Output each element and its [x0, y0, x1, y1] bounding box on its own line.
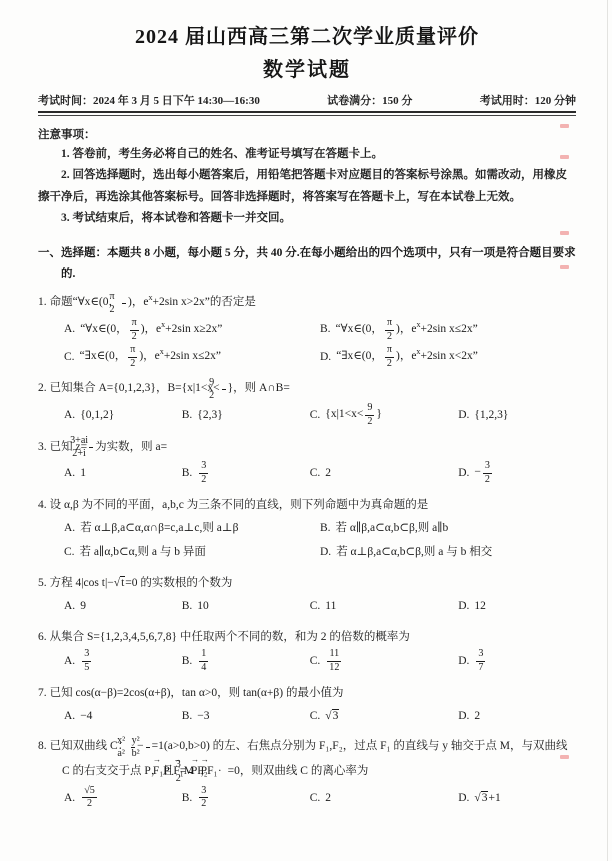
question-number: 4.	[38, 499, 47, 511]
text-run: −3	[197, 710, 209, 722]
option-content: “∃x∈(0，π2)，ex+2sin x<2x”	[336, 344, 478, 369]
option-label: C.	[64, 541, 75, 563]
header-divider	[38, 111, 576, 116]
text-run: +2sin x≥2x”	[165, 323, 222, 335]
question-stem: 4.设 α,β 为不同的平面，a,b,c 为三条不同的直线，则下列命题中为真命题…	[38, 494, 576, 516]
option-label: C.	[310, 595, 321, 617]
option-label: B.	[182, 462, 193, 484]
text-run: “∀x∈(0，	[336, 323, 383, 335]
option-content: 2	[474, 705, 480, 727]
fraction-denominator: 2	[82, 798, 97, 810]
text-run: 2	[325, 792, 331, 804]
option-label: C.	[310, 787, 321, 809]
option-C: C.11	[310, 594, 458, 618]
fraction-numerator: 3	[483, 461, 492, 474]
question-stem: 5.方程 4|cos t|−√t=0 的实数根的个数为	[38, 572, 576, 594]
option-D: D.37	[458, 648, 576, 675]
exam-title-line2: 数学试题	[38, 53, 576, 82]
option-label: C.	[310, 462, 321, 484]
option-label: D.	[458, 650, 469, 672]
fraction-numerator: 3	[476, 649, 485, 662]
fraction: 3+ai2+i	[89, 436, 93, 460]
option-label: B.	[182, 705, 193, 727]
option-content: 9	[80, 595, 86, 617]
option-content: 32	[197, 785, 210, 810]
question-stem: 6.从集合 S={1,2,3,4,5,6,7,8} 中任取两个不同的数，和为 2…	[38, 626, 576, 648]
question-options: A.{0,1,2}B.{2,3}C.{x|1<x<92}D.{1,2,3}	[64, 402, 576, 429]
option-A: A.−4	[64, 704, 182, 728]
option-label: B.	[182, 787, 193, 809]
text-run: {x|1<x<	[325, 408, 363, 420]
text-run: 1	[80, 467, 86, 479]
fraction: 1112	[327, 649, 341, 673]
question-5: 5.方程 4|cos t|−√t=0 的实数根的个数为A.9B.10C.11D.…	[38, 572, 576, 619]
exam-time: 考试时间：2024 年 3 月 5 日下午 14:30—16:30	[38, 92, 260, 108]
option-label: D.	[320, 346, 331, 368]
text-run: +2sin x<2x”	[420, 350, 477, 362]
option-content: 10	[197, 595, 209, 617]
red-scan-mark	[560, 124, 569, 128]
option-C: C.1112	[310, 648, 458, 675]
notice-item-2: 2. 回答选择题时，选出每小题答案后，用铅笔把答题卡对应题目的答案标号涂黑。如需…	[38, 165, 576, 208]
fraction-denominator: 7	[476, 662, 485, 674]
option-label: B.	[182, 650, 193, 672]
option-content: 32	[197, 461, 210, 486]
option-content: “∀x∈(0，π2)，ex+2sin x≥2x”	[80, 317, 222, 342]
option-content: {2,3}	[197, 404, 222, 426]
notice-item-3: 3. 考试结束后，将本试卷和答题卡一并交回。	[38, 208, 576, 229]
option-D: D.若 α⊥β,a⊂α,b⊂β,则 a 与 b 相交	[320, 540, 576, 564]
option-content: −3	[197, 705, 209, 727]
text-run: {1,2,3}	[474, 409, 508, 421]
fraction-denominator: 2	[385, 358, 394, 370]
red-scan-mark	[560, 155, 569, 159]
fraction-numerator: π	[130, 318, 139, 331]
exam-title-line1: 2024 届山西高三第二次学业质量评价	[38, 20, 576, 49]
option-C: C.{x|1<x<92}	[310, 402, 458, 429]
fraction-numerator: π	[122, 292, 126, 305]
question-number: 2.	[38, 382, 47, 394]
option-content: 37	[474, 649, 487, 674]
fraction: 32	[199, 461, 208, 485]
option-D: D.“∃x∈(0，π2)，ex+2sin x<2x”	[320, 343, 576, 370]
fraction: 14	[199, 649, 208, 673]
text-run: =0，则双曲线 C 的离心率为	[228, 765, 369, 777]
option-label: A.	[64, 787, 75, 809]
question-options: A.9B.10C.11D.12	[64, 594, 576, 618]
option-label: A.	[64, 318, 75, 340]
option-content: √3+1	[474, 787, 500, 809]
fraction: 32	[199, 786, 208, 810]
option-label: D.	[458, 705, 469, 727]
option-D: D.{1,2,3}	[458, 402, 576, 429]
option-D: D.12	[458, 594, 576, 618]
fraction-denominator: 2	[122, 304, 126, 316]
option-label: A.	[64, 462, 75, 484]
option-content: 35	[80, 649, 93, 674]
option-C: C.若 a∥α,b⊂α,则 a 与 b 异面	[64, 540, 320, 564]
section-1-heading: 一、选择题：本题共 8 小题，每小题 5 分，共 40 分.在每小题给出的四个选…	[38, 243, 576, 284]
radical: √t	[114, 576, 126, 589]
text-run: {2,3}	[197, 409, 222, 421]
text-run: )，e	[396, 323, 416, 335]
fraction-numerator: 1	[199, 649, 208, 662]
option-label: D.	[458, 462, 469, 484]
text-run: 若 a∥α,b⊂α,则 a 与 b 异面	[80, 546, 206, 558]
question-options: A.若 α⊥β,a⊂α,α∩β=c,a⊥c,则 a⊥βB.若 α∥β,a⊂α,b…	[64, 516, 576, 565]
fraction-numerator: 9	[222, 378, 226, 391]
option-A: A.35	[64, 648, 182, 675]
option-B: B.32	[182, 784, 310, 811]
option-C: C.“∃x∈(0，π2)，ex+2sin x≤2x”	[64, 343, 320, 370]
question-stem: 7.已知 cos(α−β)=2cos(α+β)，tan α>0，则 tan(α+…	[38, 682, 576, 704]
fraction-denominator: 2	[130, 331, 139, 343]
fraction-numerator: y²	[146, 736, 150, 749]
option-label: D.	[458, 787, 469, 809]
fraction: π2	[385, 345, 394, 369]
fraction-numerator: 11	[327, 649, 341, 662]
text-run: “∃x∈(0，	[336, 350, 383, 362]
fraction: 92	[365, 403, 374, 427]
questions-list: 1.命题“∀x∈(0，π2)，ex+2sin x>2x”的否定是A.“∀x∈(0…	[38, 290, 576, 811]
option-content: 2	[325, 462, 331, 484]
fraction-numerator: 3	[199, 461, 208, 474]
option-label: A.	[64, 705, 75, 727]
fraction-denominator: 2	[199, 474, 208, 486]
text-run: =0 的实数根的个数为	[125, 577, 232, 589]
fraction-numerator: √5	[82, 786, 97, 799]
text-run: 若 α⊥β,a⊂α,α∩β=c,a⊥c,则 a⊥β	[80, 522, 238, 534]
text-run: 设 α,β 为不同的平面，a,b,c 为三条不同的直线，则下列命题中为真命题的是	[50, 499, 429, 511]
question-options: A.−4B.−3C.√3D.2	[64, 704, 576, 728]
option-content: 12	[474, 595, 486, 617]
question-6: 6.从集合 S={1,2,3,4,5,6,7,8} 中任取两个不同的数，和为 2…	[38, 626, 576, 675]
option-B: B.32	[182, 460, 310, 487]
vector: PF₁	[224, 760, 226, 782]
fraction: π2	[122, 292, 126, 316]
option-content: −4	[80, 705, 92, 727]
fraction-denominator: 2	[365, 416, 374, 428]
notice-heading: 注意事项：	[38, 126, 576, 142]
option-label: D.	[458, 404, 469, 426]
option-label: C.	[310, 705, 321, 727]
exam-score: 试卷满分：150 分	[327, 92, 412, 108]
text-run: 11	[325, 600, 336, 612]
text-run: 若 α⊥β,a⊂α,b⊂β,则 a 与 b 相交	[336, 546, 492, 558]
option-content: “∀x∈(0，π2)，ex+2sin x≤2x”	[336, 317, 478, 342]
option-label: A.	[64, 404, 75, 426]
text-run: 9	[80, 600, 86, 612]
notice-item-1: 1. 答卷前，考生务必将自己的姓名、准考证号填写在答题卡上。	[38, 144, 576, 165]
question-options: A.√52B.32C.2D.√3+1	[64, 784, 576, 811]
question-options: A.“∀x∈(0，π2)，ex+2sin x≥2x”B.“∀x∈(0，π2)，e…	[64, 316, 576, 371]
fraction-denominator: 2	[128, 358, 137, 370]
fraction-denominator: 2	[199, 798, 208, 810]
fraction-numerator: 3	[199, 786, 208, 799]
fraction: π2	[128, 345, 137, 369]
exam-meta-row: 考试时间：2024 年 3 月 5 日下午 14:30—16:30 试卷满分：1…	[38, 92, 576, 108]
fraction: √52	[82, 786, 97, 810]
fraction: 32	[483, 461, 492, 485]
fraction-denominator: 12	[327, 662, 341, 674]
option-C: C.√3	[310, 704, 458, 728]
option-A: A.{0,1,2}	[64, 402, 182, 429]
text-run: +2sin x≤2x”	[164, 350, 221, 362]
text-run: “∃x∈(0，	[80, 350, 127, 362]
text-run: +2sin x≤2x”	[421, 323, 478, 335]
question-stem: 3.已知 z=3+ai2+i为实数，则 a=	[38, 436, 576, 461]
text-run: 12	[474, 600, 486, 612]
fraction-denominator: 4	[199, 662, 208, 674]
fraction-denominator: 2	[483, 474, 492, 486]
text-run: −	[474, 466, 481, 478]
option-B: B.若 α∥β,a⊂α,b⊂β,则 a∥b	[320, 516, 576, 540]
fraction-denominator: b²	[146, 748, 150, 760]
option-content: 14	[197, 649, 210, 674]
text-run: +2sin x>2x”的否定是	[152, 296, 255, 308]
fraction-numerator: 3	[82, 649, 91, 662]
option-content: 若 α⊥β,a⊂α,b⊂β,则 a 与 b 相交	[336, 541, 492, 563]
option-label: B.	[320, 318, 331, 340]
text-run: 已知集合 A={0,1,2,3}，B={x|1<x<	[50, 382, 220, 394]
option-C: C.2	[310, 460, 458, 487]
text-run: 为实数，则 a=	[95, 441, 167, 453]
option-D: D.−32	[458, 460, 576, 487]
option-content: {1,2,3}	[474, 404, 508, 426]
text-run: }，则 A∩B=	[228, 382, 290, 394]
text-run: 2	[474, 710, 480, 722]
option-label: D.	[458, 595, 469, 617]
question-stem: 1.命题“∀x∈(0，π2)，ex+2sin x>2x”的否定是	[38, 290, 576, 315]
option-content: “∃x∈(0，π2)，ex+2sin x≤2x”	[80, 344, 221, 369]
question-7: 7.已知 cos(α−β)=2cos(α+β)，tan α>0，则 tan(α+…	[38, 682, 576, 729]
option-content: 若 α⊥β,a⊂α,α∩β=c,a⊥c,则 a⊥β	[80, 517, 238, 539]
question-stem: 2.已知集合 A={0,1,2,3}，B={x|1<x<92}，则 A∩B=	[38, 377, 576, 402]
option-label: B.	[182, 595, 193, 617]
text-run: “∀x∈(0，	[80, 323, 127, 335]
radical: √3	[325, 709, 339, 722]
question-options: A.35B.14C.1112D.37	[64, 648, 576, 675]
option-label: A.	[64, 650, 75, 672]
fraction: π2	[130, 318, 139, 342]
option-D: D.√3+1	[458, 784, 576, 811]
option-content: 11	[325, 595, 336, 617]
fraction-denominator: 2+i	[89, 448, 93, 460]
option-content: 若 α∥β,a⊂α,b⊂β,则 a∥b	[336, 517, 449, 539]
red-scan-mark	[560, 755, 569, 759]
option-A: A.“∀x∈(0，π2)，ex+2sin x≥2x”	[64, 316, 320, 343]
option-B: B.10	[182, 594, 310, 618]
option-C: C.2	[310, 784, 458, 811]
question-8: 8.已知双曲线 C：x²a²−y²b²=1(a>0,b>0) 的左、右焦点分别为…	[38, 735, 576, 811]
option-label: A.	[64, 595, 75, 617]
fraction-numerator: π	[128, 345, 137, 358]
question-2: 2.已知集合 A={0,1,2,3}，B={x|1<x<92}，则 A∩B=A.…	[38, 377, 576, 428]
option-label: C.	[310, 650, 321, 672]
question-number: 8.	[38, 740, 47, 752]
fraction-denominator: 5	[82, 662, 91, 674]
red-scan-mark	[560, 231, 569, 235]
red-scan-mark	[560, 265, 569, 269]
text-run: }	[376, 408, 382, 420]
option-content: √3	[325, 705, 339, 727]
fraction: y²b²	[146, 736, 150, 760]
question-number: 3.	[38, 441, 47, 453]
option-content: −32	[474, 461, 494, 486]
question-options: A.1B.32C.2D.−32	[64, 460, 576, 487]
option-B: B.14	[182, 648, 310, 675]
fraction: π2	[385, 318, 394, 342]
question-number: 5.	[38, 577, 47, 589]
question-number: 1.	[38, 296, 47, 308]
text-run: 2	[325, 467, 331, 479]
option-content: {x|1<x<92}	[325, 403, 382, 428]
fraction-denominator: 2	[222, 390, 226, 402]
option-content: √52	[80, 785, 99, 810]
text-run: )，e	[396, 350, 416, 362]
text-run: 10	[197, 600, 209, 612]
option-content: 1112	[325, 649, 343, 674]
option-A: A.√52	[64, 784, 182, 811]
text-run: )，e	[139, 350, 159, 362]
text-run: −4	[80, 710, 92, 722]
text-run: 若 α∥β,a⊂α,b⊂β,则 a∥b	[336, 522, 449, 534]
option-label: B.	[182, 404, 193, 426]
scan-page-edge	[607, 0, 608, 861]
option-D: D.2	[458, 704, 576, 728]
question-3: 3.已知 z=3+ai2+i为实数，则 a=A.1B.32C.2D.−32	[38, 436, 576, 487]
option-content: 2	[325, 787, 331, 809]
fraction-numerator: π	[385, 345, 394, 358]
text-run: {0,1,2}	[80, 409, 114, 421]
option-label: C.	[310, 404, 321, 426]
text-run: +1	[488, 792, 500, 804]
notice-block: 注意事项： 1. 答卷前，考生务必将自己的姓名、准考证号填写在答题卡上。 2. …	[38, 126, 576, 229]
radical-radicand: 3	[332, 709, 340, 722]
option-B: B.{2,3}	[182, 402, 310, 429]
option-B: B.“∀x∈(0，π2)，ex+2sin x≤2x”	[320, 316, 576, 343]
option-label: B.	[320, 517, 331, 539]
text-run: 从集合 S={1,2,3,4,5,6,7,8} 中任取两个不同的数，和为 2 的…	[50, 631, 410, 643]
option-A: A.若 α⊥β,a⊂α,α∩β=c,a⊥c,则 a⊥β	[64, 516, 320, 540]
question-stem: 8.已知双曲线 C：x²a²−y²b²=1(a>0,b>0) 的左、右焦点分别为…	[38, 735, 576, 784]
fraction: 35	[82, 649, 91, 673]
option-content: 若 a∥α,b⊂α,则 a 与 b 异面	[80, 541, 206, 563]
option-label: A.	[64, 517, 75, 539]
option-content: {0,1,2}	[80, 404, 114, 426]
option-B: B.−3	[182, 704, 310, 728]
fraction: 92	[222, 378, 226, 402]
fraction-numerator: 3+ai	[89, 436, 93, 449]
question-4: 4.设 α,β 为不同的平面，a,b,c 为三条不同的直线，则下列命题中为真命题…	[38, 494, 576, 565]
question-number: 7.	[38, 687, 47, 699]
fraction: 37	[476, 649, 485, 673]
fraction-denominator: 2	[385, 331, 394, 343]
fraction-numerator: 9	[365, 403, 374, 416]
option-A: A.1	[64, 460, 182, 487]
fraction-numerator: π	[385, 318, 394, 331]
question-number: 6.	[38, 631, 47, 643]
option-label: D.	[320, 541, 331, 563]
radical: √3	[474, 791, 488, 804]
option-content: 1	[80, 462, 86, 484]
exam-paper-page: 2024 届山西高三第二次学业质量评价 数学试题 考试时间：2024 年 3 月…	[0, 0, 612, 861]
option-label: C.	[64, 346, 75, 368]
text-run: )，e	[128, 296, 148, 308]
text-run: )，e	[141, 323, 161, 335]
exam-duration: 考试用时：120 分钟	[480, 92, 576, 108]
text-run: 方程 4|cos t|−	[50, 577, 114, 589]
text-run: 已知 cos(α−β)=2cos(α+β)，tan α>0，则 tan(α+β)…	[50, 687, 344, 699]
question-1: 1.命题“∀x∈(0，π2)，ex+2sin x>2x”的否定是A.“∀x∈(0…	[38, 290, 576, 370]
text-run: ·	[218, 765, 222, 777]
option-A: A.9	[64, 594, 182, 618]
